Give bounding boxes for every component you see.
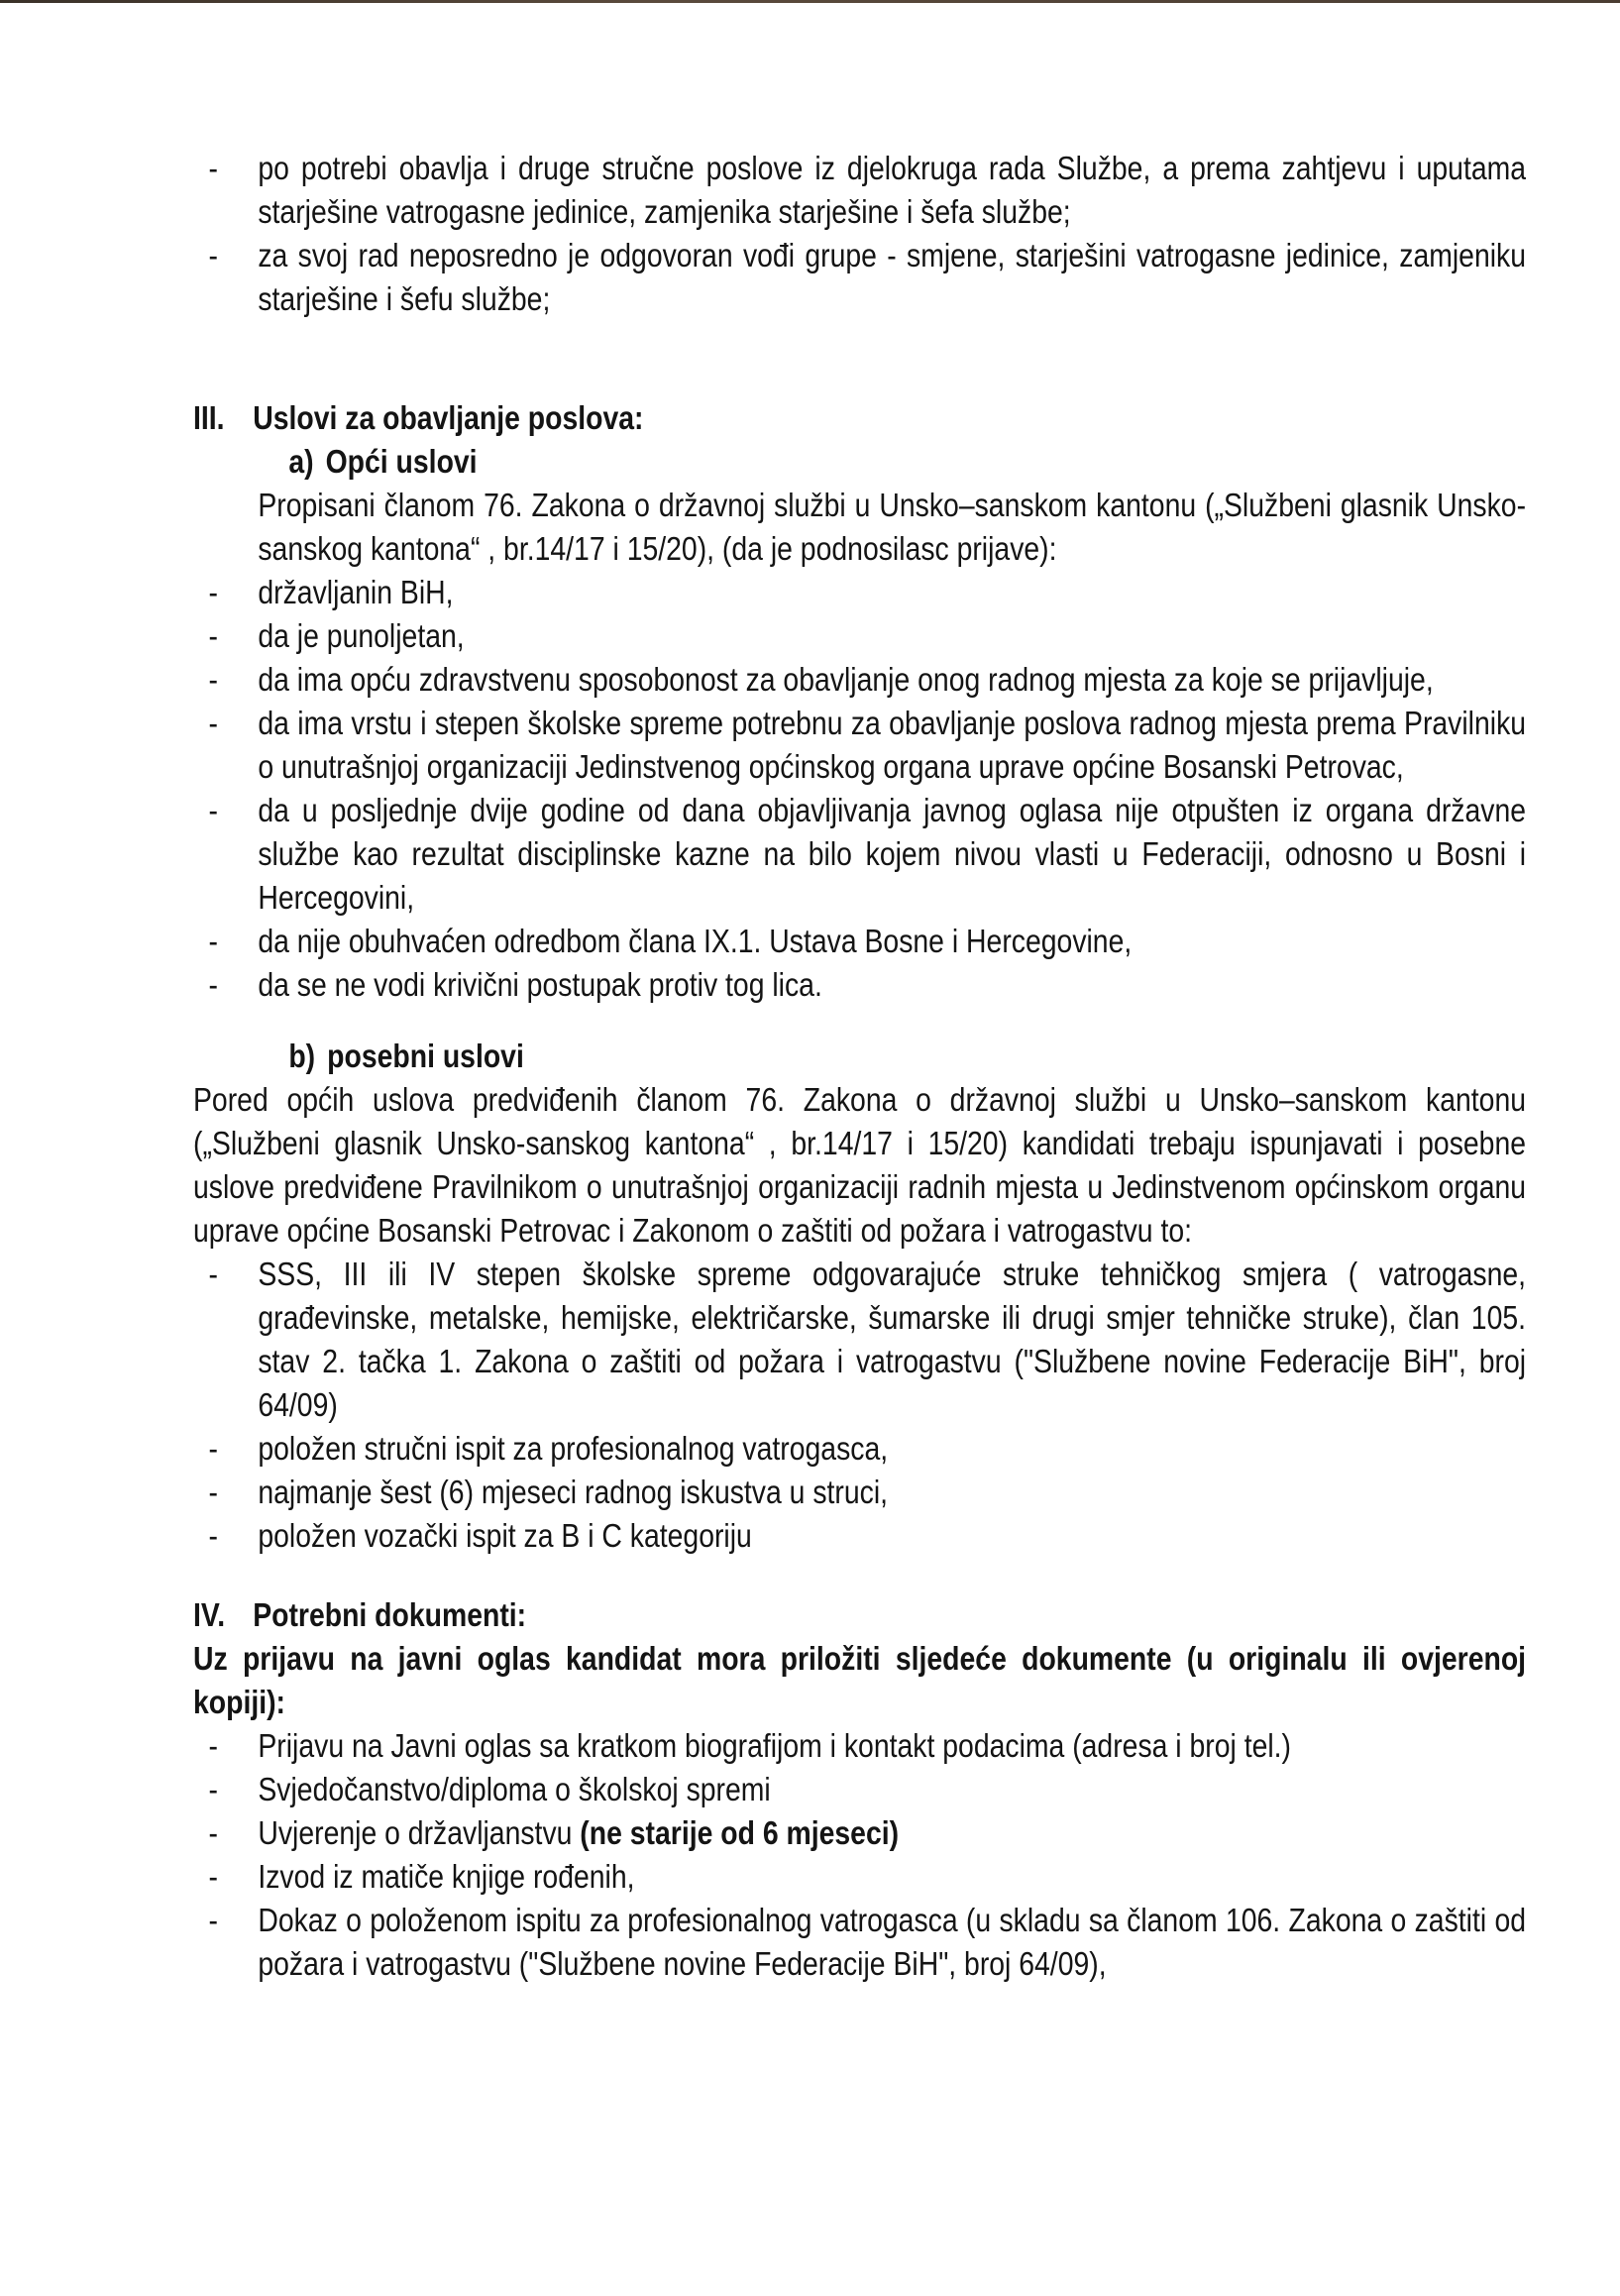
scan-top-edge xyxy=(0,0,1620,3)
item-text: Dokaz o položenom ispitu za profesionaln… xyxy=(258,1902,1526,1982)
section-4-intro: Uz prijavu na javni oglas kandidat mora … xyxy=(193,1637,1526,1724)
list-item: položen stručni ispit za profesionalnog … xyxy=(193,1427,1526,1471)
list-item: Prijavu na Javni oglas sa kratkom biogra… xyxy=(193,1724,1526,1768)
required-documents-list: Prijavu na Javni oglas sa kratkom biogra… xyxy=(193,1724,1526,1986)
subsection-title: Opći uslovi xyxy=(326,443,478,480)
list-item: SSS, III ili IV stepen školske spreme od… xyxy=(193,1253,1526,1427)
list-item: da nije obuhvaćen odredbom člana IX.1. U… xyxy=(193,920,1526,963)
item-text: Uvjerenje o državljanstvu xyxy=(258,1814,580,1851)
list-item: da se ne vodi krivični postupak protiv t… xyxy=(193,963,1526,1007)
list-item: Svjedočanstvo/diploma o školskoj spremi xyxy=(193,1768,1526,1811)
item-text: Izvod iz matiče knjige rođenih, xyxy=(258,1858,634,1895)
section-title: Potrebni dokumenti: xyxy=(253,1596,526,1633)
section-4-heading: IV. Potrebni dokumenti: xyxy=(193,1593,1526,1637)
list-item: položen vozački ispit za B i C kategorij… xyxy=(193,1514,1526,1558)
item-text: Prijavu na Javni oglas sa kratkom biogra… xyxy=(258,1727,1291,1764)
intro-bullet-list: po potrebi obavlja i druge stručne poslo… xyxy=(193,147,1526,321)
special-conditions-list: SSS, III ili IV stepen školske spreme od… xyxy=(193,1253,1526,1558)
item-emphasis: (ne starije od 6 mjeseci) xyxy=(580,1814,899,1851)
list-item: najmanje šest (6) mjeseci radnog iskustv… xyxy=(193,1471,1526,1514)
list-item: Izvod iz matiče knjige rođenih, xyxy=(193,1855,1526,1899)
subsection-b-intro: Pored općih uslova predviđenih članom 76… xyxy=(193,1078,1526,1253)
list-item: da ima vrstu i stepen školske spreme pot… xyxy=(193,702,1526,789)
subsection-a-heading: a)Opći uslovi xyxy=(193,440,1526,484)
subsection-letter: a) xyxy=(288,443,313,480)
list-item: državljanin BiH, xyxy=(193,571,1526,614)
document-page: po potrebi obavlja i druge stručne poslo… xyxy=(193,147,1526,1986)
list-item: po potrebi obavlja i druge stručne poslo… xyxy=(193,147,1526,234)
item-text: Svjedočanstvo/diploma o školskoj spremi xyxy=(258,1771,770,1807)
list-item: da ima opću zdravstvenu sposobonost za o… xyxy=(193,658,1526,702)
section-number: III. xyxy=(193,396,225,440)
section-title: Uslovi za obavljanje poslova: xyxy=(253,399,643,436)
subsection-b-heading: b)posebni uslovi xyxy=(193,1035,1526,1078)
general-conditions-list: državljanin BiH, da je punoljetan, da im… xyxy=(193,571,1526,1007)
intro-bold: Uz prijavu na javni oglas kandidat mora … xyxy=(193,1640,1172,1677)
section-3-heading: III. Uslovi za obavljanje poslova: xyxy=(193,396,1526,440)
list-item: Uvjerenje o državljanstvu (ne starije od… xyxy=(193,1811,1526,1855)
list-item: da je punoljetan, xyxy=(193,614,1526,658)
subsection-letter: b) xyxy=(288,1038,315,1074)
list-item: da u posljednje dvije godine od dana obj… xyxy=(193,789,1526,920)
subsection-title: posebni uslovi xyxy=(327,1038,524,1074)
list-item: Dokaz o položenom ispitu za profesionaln… xyxy=(193,1899,1526,1986)
list-item: za svoj rad neposredno je odgovoran vođi… xyxy=(193,234,1526,321)
subsection-a-intro: Propisani članom 76. Zakona o državnoj s… xyxy=(193,484,1526,571)
section-number: IV. xyxy=(193,1593,225,1637)
